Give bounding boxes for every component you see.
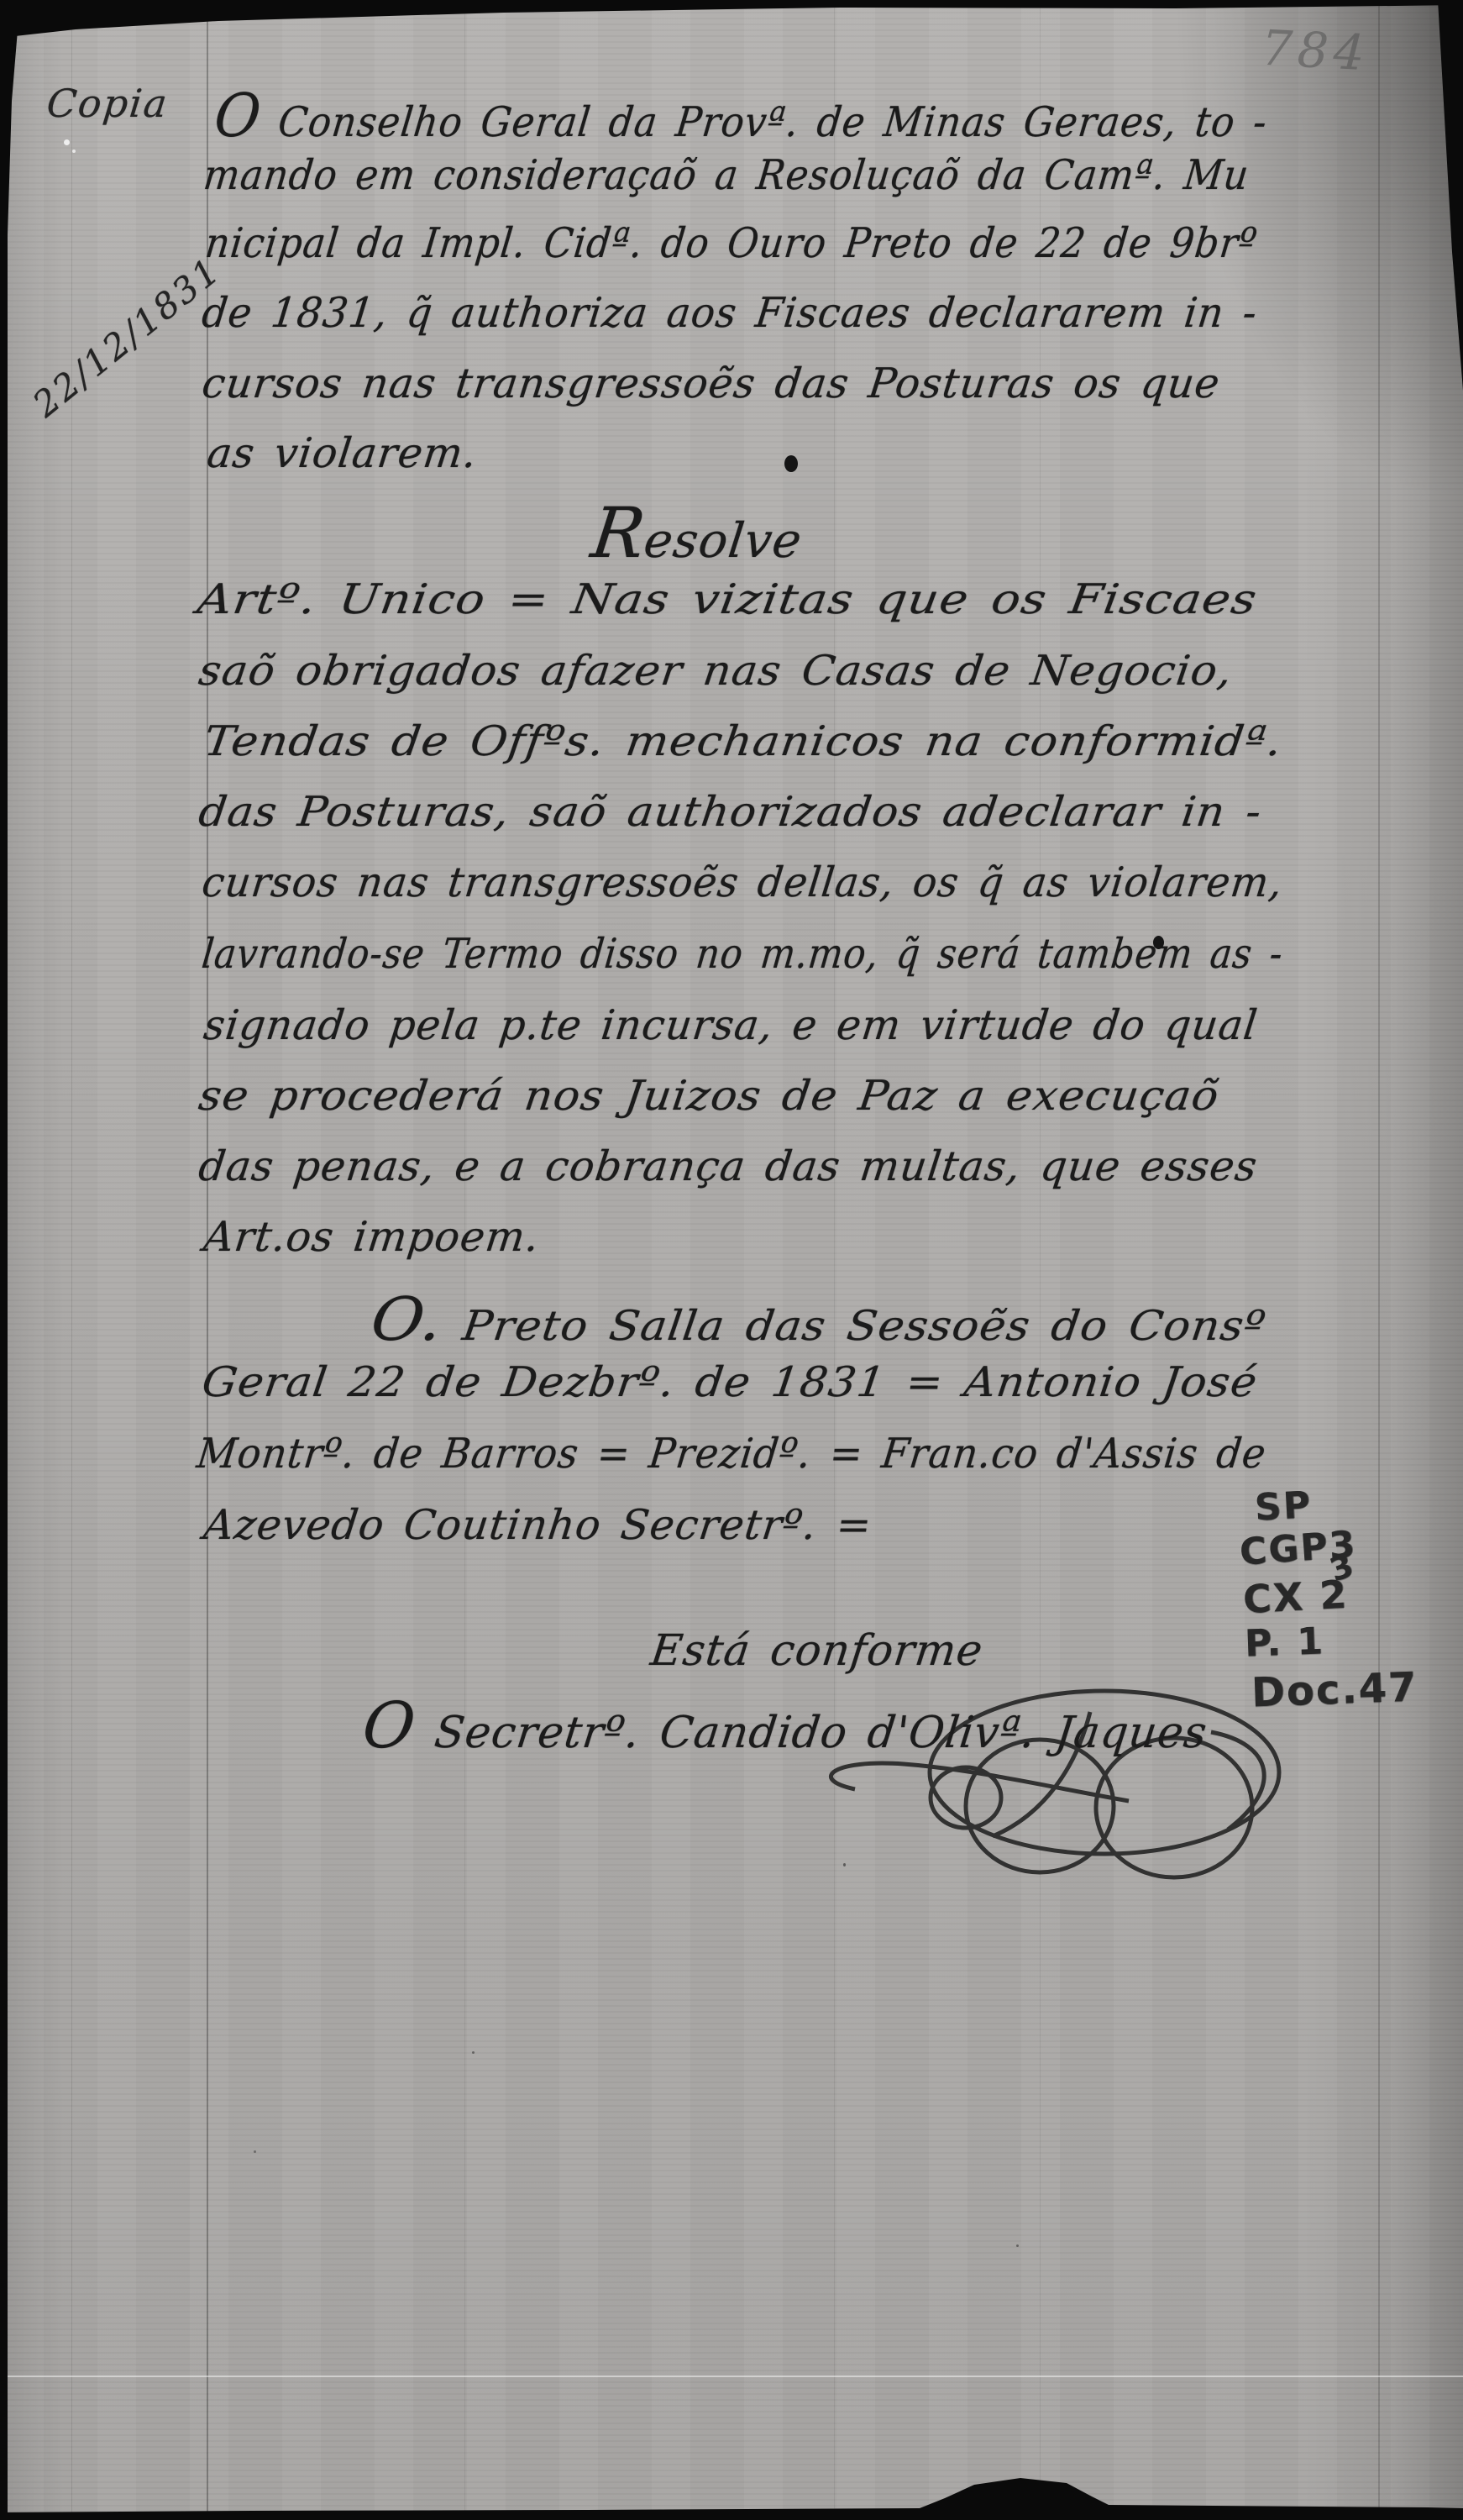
paper-speck <box>64 139 70 145</box>
paper-speck <box>568 173 570 176</box>
ink-blot <box>784 455 798 472</box>
manuscript-line: signado pela p.te incursa, e em virtude … <box>202 1005 1260 1046</box>
stamp-sp: SP <box>1254 1483 1314 1529</box>
signature-line: O Secretrº. Candido d'Olivª. Jaques <box>359 1694 1212 1757</box>
manuscript-line: Art.os impoem. <box>202 1216 542 1257</box>
resolve-heading: Resolve <box>588 499 807 569</box>
manuscript-line: das Posturas, saõ authorizados adeclarar… <box>197 791 1264 832</box>
manuscript-line: de 1831, q̃ authoriza aos Fiscaes declar… <box>200 292 1260 333</box>
stamp-p1: P. 1 <box>1244 1620 1325 1665</box>
stamp-cx2: CX 2 <box>1242 1572 1350 1622</box>
paper-speck <box>1016 2244 1019 2247</box>
closing-secretary-line: Azevedo Coutinho Secretrº. = <box>202 1504 874 1546</box>
closing-place-line: O. Preto Salla das Sessoẽs do Consº <box>368 1289 1271 1349</box>
manuscript-line: Artº. Unico = Nas vizitas que os Fiscaes <box>195 579 1260 620</box>
fold-line-right-margin <box>1378 0 1380 2520</box>
certification-line: Está conforme <box>648 1630 985 1672</box>
manuscript-line: mando em consideraçaõ a Resoluçaõ da Cam… <box>202 155 1251 196</box>
closing-president-line: Montrº. de Barros = Prezidº. = Fran.co d… <box>195 1433 1268 1474</box>
manuscript-line: se procederá nos Juizos de Paz a execuça… <box>197 1075 1222 1116</box>
paper-speck <box>72 150 76 153</box>
manuscript-line: das penas, e a cobrança das multas, que … <box>197 1146 1260 1187</box>
paper-speck <box>254 2150 256 2153</box>
page-number-pencil: 784 <box>1260 19 1371 82</box>
manuscript-line: Tendas de Offºs. mechanicos na conformid… <box>202 721 1285 762</box>
scratch-line <box>0 2376 1463 2377</box>
closing-date-line: Geral 22 de Dezbrº. de 1831 = Antonio Jo… <box>200 1362 1260 1403</box>
stamp-doc47: Doc.47 <box>1251 1664 1418 1717</box>
margin-copy-label: Copia <box>45 81 170 126</box>
scanned-document-page: 784 Copia 22/12/1831 O Conselho Geral da… <box>0 0 1463 2520</box>
manuscript-line: as violarem. <box>205 433 480 474</box>
manuscript-line: nicipal da Impl. Cidª. do Ouro Preto de … <box>203 223 1260 264</box>
ink-blot <box>1153 936 1164 949</box>
manuscript-line: cursos nas transgressoẽs dellas, os q̃ a… <box>200 862 1285 903</box>
manuscript-line: saõ obrigados afazer nas Casas de Negoci… <box>197 650 1235 691</box>
manuscript-line: lavrando-se Termo disso no m.mo, q̃ será… <box>200 933 1285 974</box>
paper-speck <box>472 2051 475 2054</box>
paper-speck <box>843 1863 846 1866</box>
manuscript-line: O Conselho Geral da Provª. de Minas Gera… <box>212 86 1272 145</box>
manuscript-line: cursos nas transgressoẽs das Posturas os… <box>200 363 1223 404</box>
